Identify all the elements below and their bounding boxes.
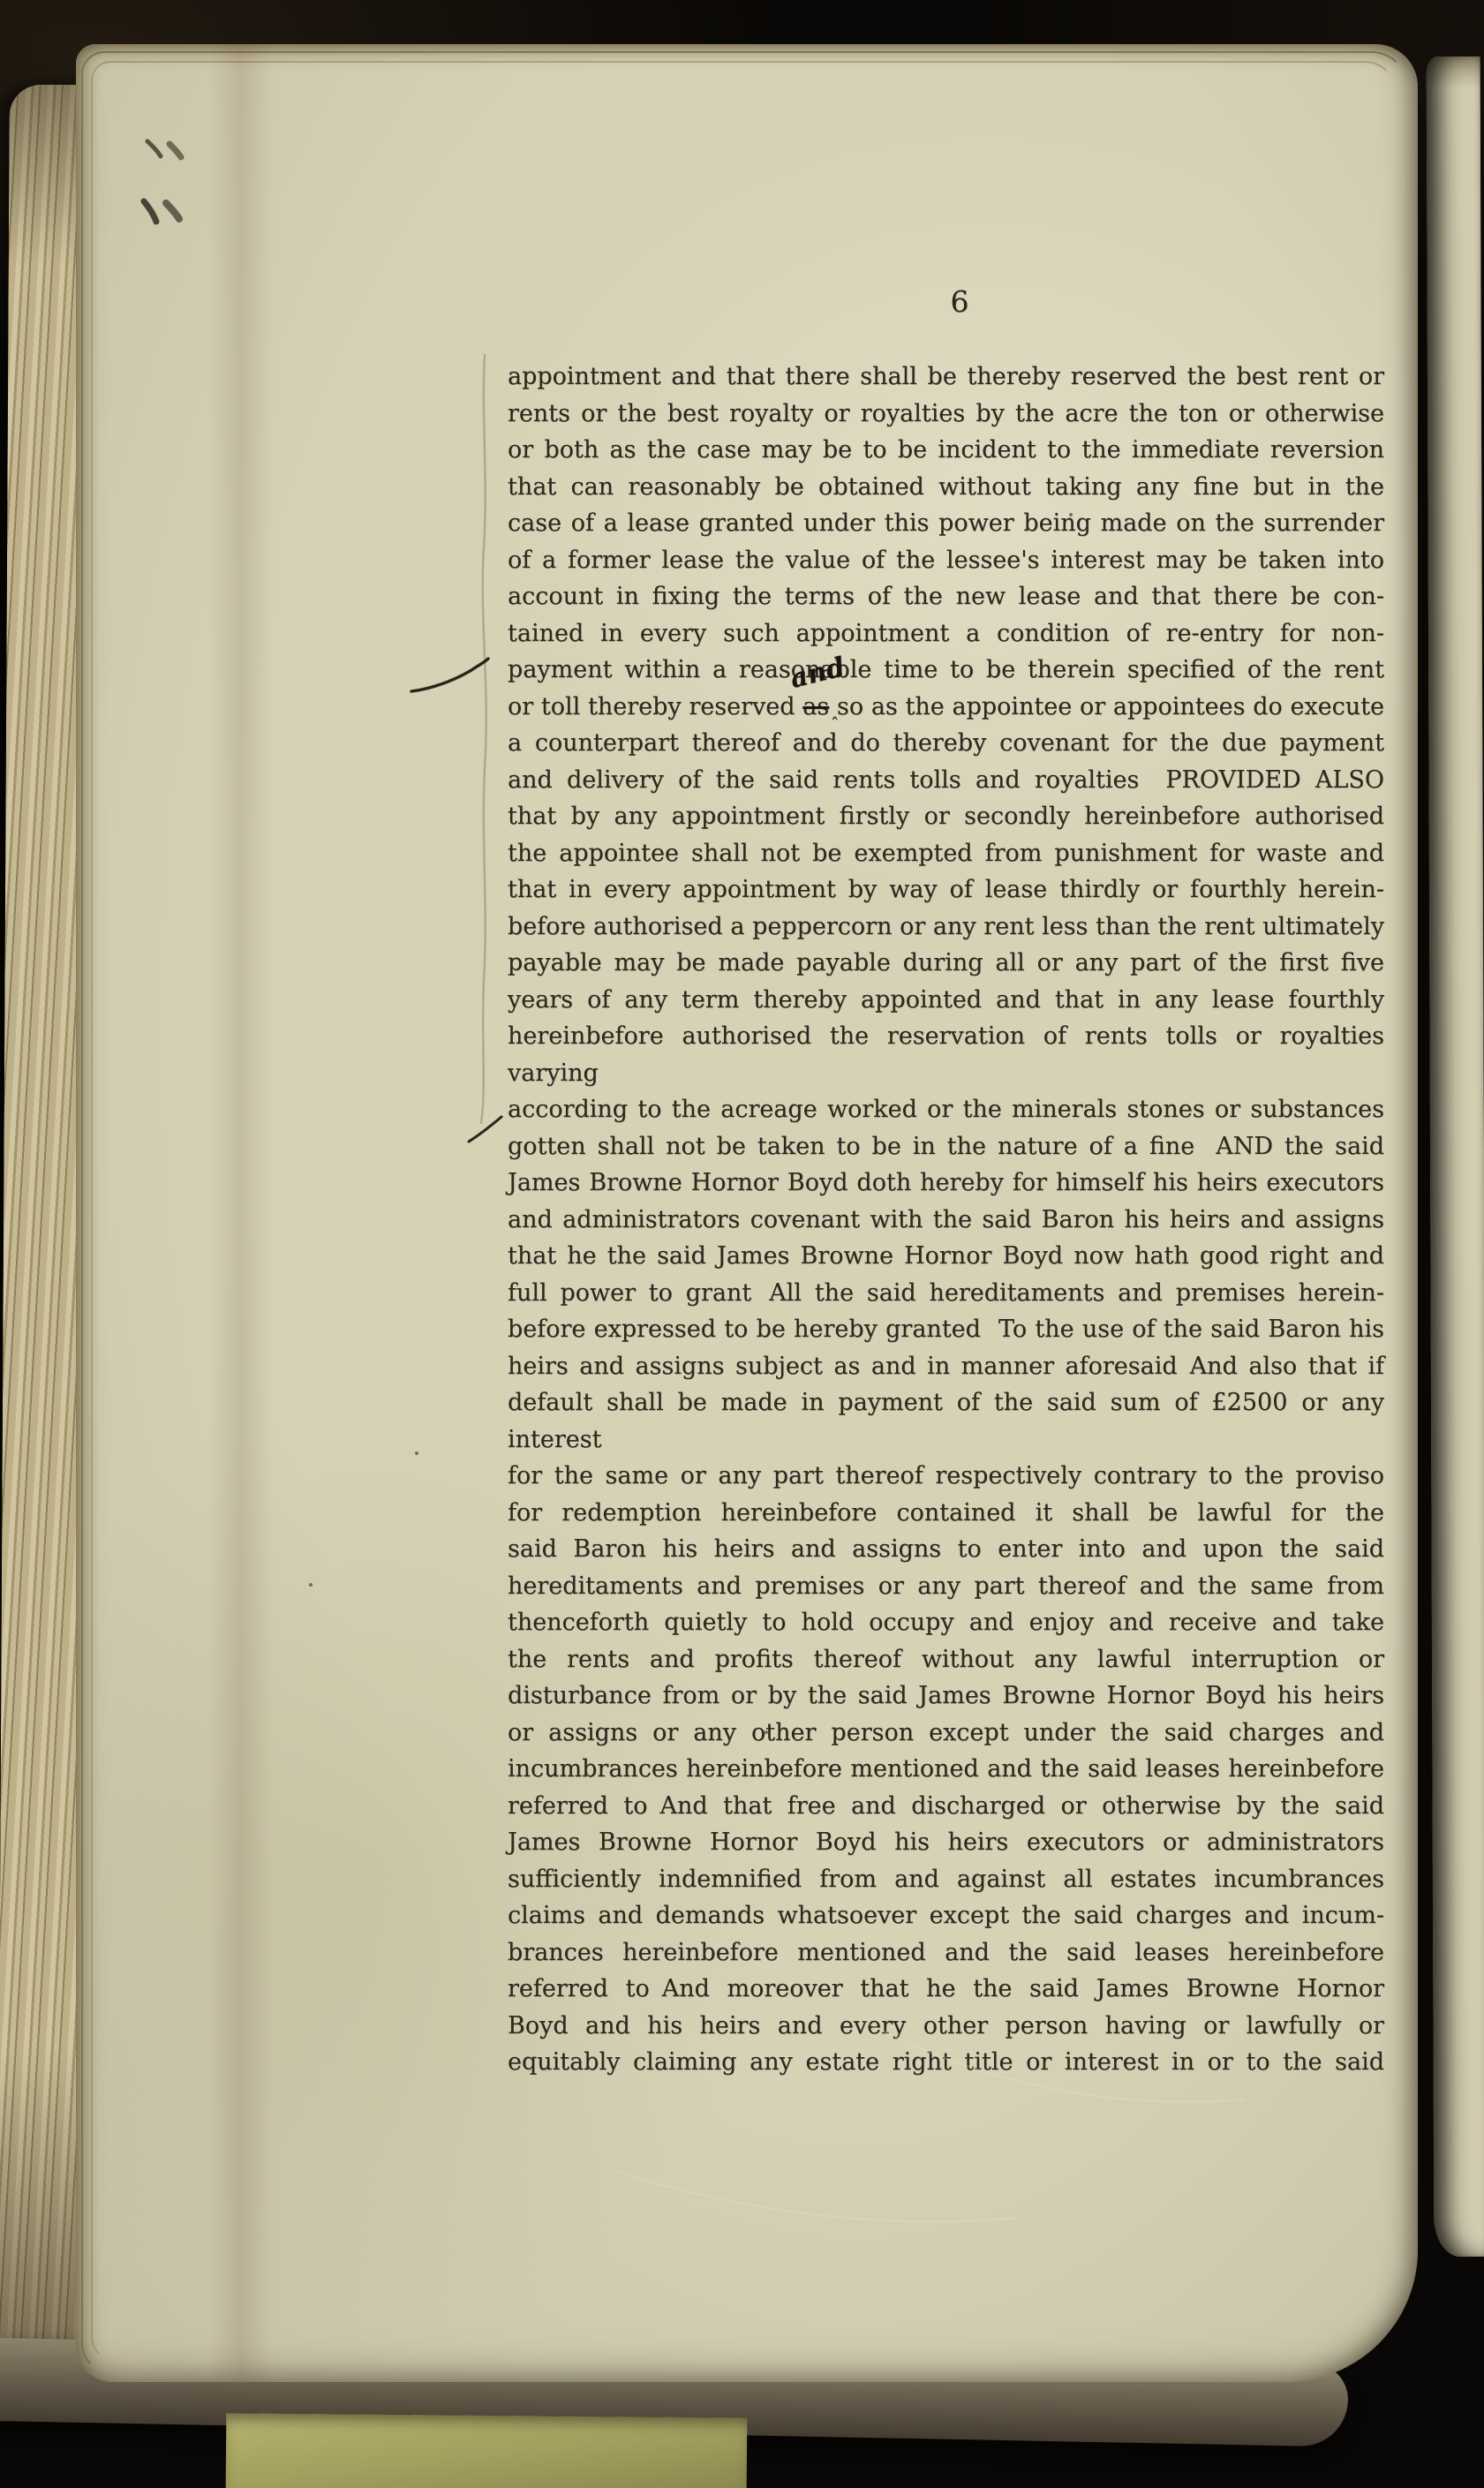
text-line: of a former lease the value of the lesse…: [508, 542, 1384, 579]
text-line: according to the acreage worked or the m…: [508, 1091, 1384, 1128]
text-line: and delivery of the said rents tolls and…: [508, 762, 1384, 799]
text-line: default shall be made in payment of the …: [508, 1384, 1384, 1458]
text-segment: before expressed to be hereby granted: [508, 1316, 981, 1343]
text-segment: James Browne Hornor Boyd his heirs execu…: [508, 1828, 1384, 1856]
text-segment: sufficiently indemnified from and agains…: [508, 1866, 1384, 1893]
text-line: full power to grantAll the said heredita…: [508, 1275, 1384, 1312]
text-line: or toll thereby reserved asand so as the…: [508, 689, 1384, 726]
text-segment: the rents and profits thereof without an…: [508, 1646, 1384, 1673]
adjacent-page-edge: [1427, 57, 1484, 2257]
text-line: claims and demands whatsoever except the…: [508, 1897, 1384, 1934]
text-segment: payment within a reasonable time to be t…: [508, 656, 1384, 683]
text-line: hereditaments and premises or any part t…: [508, 1568, 1384, 1605]
text-segment: rents or the best royalty or royalties b…: [508, 400, 1384, 427]
text-line: account in fixing the terms of the new l…: [508, 578, 1384, 615]
text-segment: incumbrances hereinbefore mentioned and …: [508, 1755, 1384, 1783]
text-segment: referred to: [508, 1792, 647, 1820]
text-line: James Browne Hornor Boyd doth hereby for…: [508, 1165, 1384, 1202]
page-text-body: appointment and that there shall be ther…: [508, 358, 1384, 2081]
text-segment: James Browne Hornor Boyd doth hereby for…: [508, 1169, 1384, 1196]
text-line: payment within a reasonable time to be t…: [508, 652, 1384, 689]
text-line: before expressed to be hereby grantedTo …: [508, 1311, 1384, 1348]
text-segment: or assigns or any other person except un…: [508, 1719, 1384, 1746]
text-segment: or both as the case may be to be inciden…: [508, 436, 1384, 464]
text-segment: payable may be made payable during all o…: [508, 949, 1384, 976]
text-line: a counterpart thereof andˆ do thereby co…: [508, 725, 1384, 762]
text-segment: asand: [802, 693, 829, 720]
text-segment: account in fixing the terms of the new l…: [508, 583, 1384, 610]
text-segment: PROVIDED ALSO: [1165, 766, 1384, 794]
text-segment: And also that if: [1190, 1353, 1384, 1380]
text-segment: And moreover that he the said James Brow…: [662, 1975, 1384, 2002]
text-line: that by any appointment firstly or secon…: [508, 798, 1384, 835]
text-segment: thenceforth quietly to hold occupy and e…: [508, 1609, 1384, 1636]
text-segment: said Baron his heirs and assigns to ente…: [508, 1535, 1384, 1563]
text-segment: and administrators covenant with the sai…: [508, 1206, 1384, 1233]
text-segment: andˆ: [793, 729, 838, 757]
text-segment: tained in every such appointment a condi…: [508, 620, 1384, 647]
text-segment: equitably claiming any estate right titl…: [508, 2048, 1384, 2076]
text-line: appointment and that there shall be ther…: [508, 358, 1384, 396]
text-line: the rents and profits thereof without an…: [508, 1641, 1384, 1678]
text-segment: a counterpart thereof: [508, 729, 793, 757]
text-segment: heirs and assigns subject as and in mann…: [508, 1353, 1178, 1380]
book-scene: 6 appointment and that there shall be th…: [0, 0, 1484, 2488]
text-line: for the same or any part thereof respect…: [508, 1458, 1384, 1495]
text-segment: referred to: [508, 1975, 650, 2002]
text-segment: do thereby covenant for the due payment: [838, 729, 1384, 757]
text-segment: hereditaments and premises or any part t…: [508, 1572, 1384, 1600]
text-segment: appointment and that there shall be ther…: [508, 363, 1384, 390]
table-surface-strip: [226, 2413, 748, 2488]
text-segment: disturbance from or by the said James Br…: [508, 1682, 1384, 1709]
text-line: incumbrances hereinbefore mentioned and …: [508, 1751, 1384, 1788]
text-line: and administrators covenant with the sai…: [508, 1202, 1384, 1239]
text-segment: And that free and discharged or otherwis…: [659, 1792, 1384, 1820]
text-line: that he the said James Browne Hornor Boy…: [508, 1238, 1384, 1275]
text-segment: of a former lease the value of the lesse…: [508, 547, 1384, 574]
scanned-book-photo: { "page": { "number": "6", "marginalia":…: [0, 0, 1484, 2488]
text-line: brances hereinbefore mentioned and the s…: [508, 1934, 1384, 1972]
text-segment: according to the acreage worked or the m…: [508, 1096, 1384, 1123]
text-line: referred toAnd that free and discharged …: [508, 1788, 1384, 1825]
text-line: Boyd and his heirs and every other perso…: [508, 2008, 1384, 2045]
page-number: 6: [915, 284, 1004, 319]
text-segment: the appointee shall not be exempted from…: [508, 840, 1384, 867]
text-line: gotten shall not be taken to be in the n…: [508, 1128, 1384, 1165]
text-line: James Browne Hornor Boyd his heirs execu…: [508, 1824, 1384, 1861]
text-segment: default shall be made in payment of the …: [508, 1389, 1384, 1453]
text-line: payable may be made payable during all o…: [508, 945, 1384, 982]
text-segment: years of any term thereby appointed and …: [508, 986, 1384, 1014]
text-segment: full power to grant: [508, 1279, 751, 1307]
text-line: referred toAnd moreover that he the said…: [508, 1971, 1384, 2008]
text-segment: or toll thereby reserved: [508, 693, 802, 720]
text-segment: and delivery of the said rents tolls and…: [508, 766, 1139, 794]
text-segment: that he the said James Browne Hornor Boy…: [508, 1242, 1384, 1270]
book-page: 6 appointment and that there shall be th…: [76, 44, 1418, 2382]
text-line: thenceforth quietly to hold occupy and e…: [508, 1604, 1384, 1641]
text-segment: brances hereinbefore mentioned and the s…: [508, 1939, 1384, 1966]
text-segment: that by any appointment firstly or secon…: [508, 803, 1384, 830]
text-line: heirs and assigns subject as and in mann…: [508, 1348, 1384, 1385]
text-segment: case of a lease granted under this power…: [508, 509, 1384, 537]
text-line: hereinbefore authorised the reservation …: [508, 1018, 1384, 1091]
text-line: that can reasonably be obtained without …: [508, 469, 1384, 506]
text-segment: To the use of the said Baron his: [998, 1316, 1384, 1343]
text-line: tained in every such appointment a condi…: [508, 615, 1384, 652]
text-line: sufficiently indemnified from and agains…: [508, 1861, 1384, 1898]
text-line: that in every appointment by way of leas…: [508, 871, 1384, 908]
text-line: before authorised a peppercorn or any re…: [508, 908, 1384, 946]
text-segment: Boyd and his heirs and every other perso…: [508, 2012, 1384, 2039]
text-line: said Baron his heirs and assigns to ente…: [508, 1531, 1384, 1568]
gutter-crease-shadow: [208, 44, 274, 2382]
text-line: the appointee shall not be exempted from…: [508, 835, 1384, 872]
text-segment: for the same or any part thereof respect…: [508, 1462, 1384, 1489]
text-segment: claims and demands whatsoever except the…: [508, 1902, 1384, 1929]
text-line: or both as the case may be to be inciden…: [508, 432, 1384, 469]
text-segment: so as the appointee or appointees do exe…: [829, 693, 1384, 720]
text-line: disturbance from or by the said James Br…: [508, 1678, 1384, 1715]
text-segment: All the said hereditaments and premises …: [769, 1279, 1384, 1307]
text-line: years of any term thereby appointed and …: [508, 982, 1384, 1019]
text-line: case of a lease granted under this power…: [508, 505, 1384, 542]
text-segment: AND the said: [1216, 1133, 1384, 1160]
text-line: rents or the best royalty or royalties b…: [508, 396, 1384, 433]
text-segment: before authorised a peppercorn or any re…: [508, 913, 1384, 940]
text-segment: hereinbefore authorised the reservation …: [508, 1022, 1384, 1087]
text-segment: that in every appointment by way of leas…: [508, 876, 1384, 903]
caret-mark: ˆ: [831, 715, 840, 733]
text-segment: for redemption hereinbefore contained it…: [508, 1499, 1384, 1527]
text-segment: that can reasonably be obtained without …: [508, 473, 1384, 501]
text-segment: gotten shall not be taken to be in the n…: [508, 1133, 1194, 1160]
text-line: or assigns or any other person except un…: [508, 1715, 1384, 1752]
text-line: for redemption hereinbefore contained it…: [508, 1495, 1384, 1532]
text-line: equitably claiming any estate right titl…: [508, 2044, 1384, 2081]
